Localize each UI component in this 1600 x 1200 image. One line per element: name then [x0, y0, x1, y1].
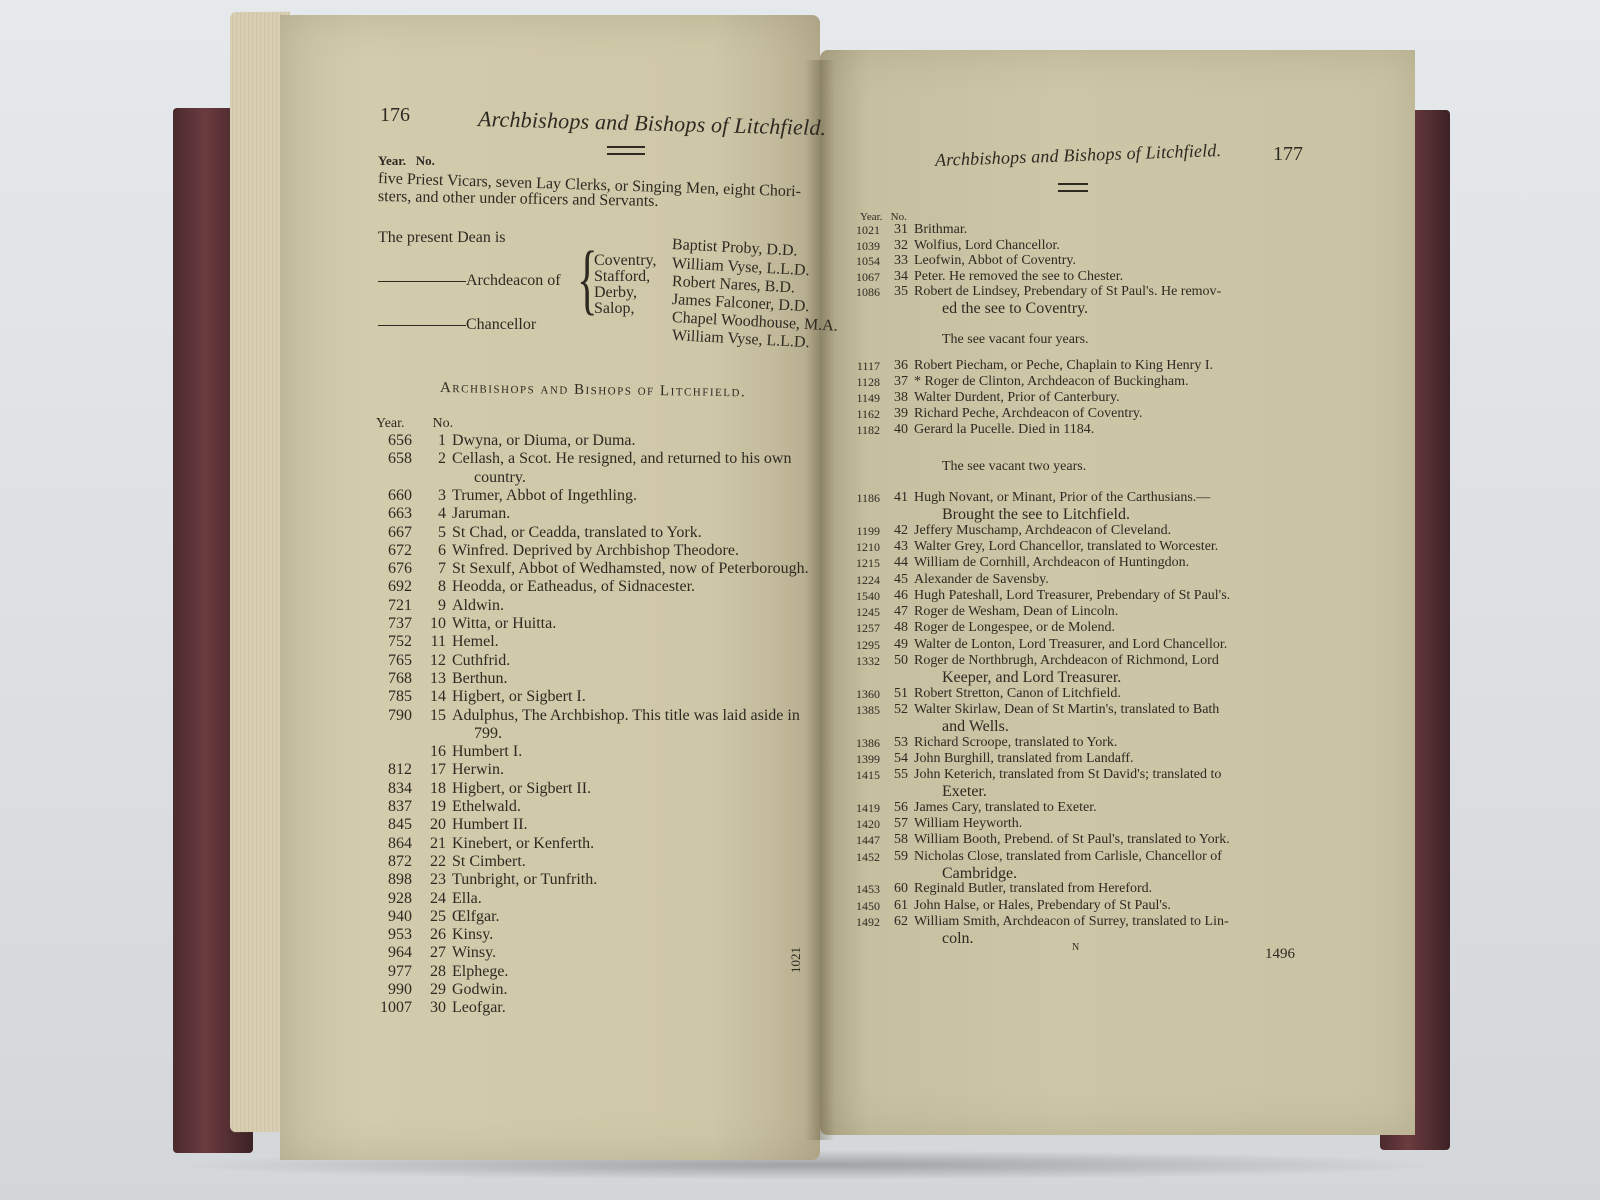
- list-item: 75211Hemel.: [370, 633, 499, 651]
- list-item: 6561Dwyna, or Diuma, or Duma.: [370, 432, 636, 450]
- number-cell: 7: [412, 560, 452, 578]
- number-cell: 51: [880, 686, 914, 702]
- year-cell: 1385: [850, 702, 880, 718]
- year-cell: 660: [370, 487, 412, 505]
- year-cell: 1452: [850, 849, 880, 865]
- year-cell: 953: [370, 926, 412, 944]
- chancellor-label: Chancellor: [466, 316, 536, 333]
- list-item: 81217Herwin.: [370, 761, 504, 779]
- year-cell: 1360: [850, 686, 880, 702]
- number-cell: 15: [412, 707, 452, 725]
- catchword: 1021: [788, 947, 804, 973]
- list-item: 97728Elphege.: [370, 963, 508, 981]
- continuation-line: and Wells.: [942, 718, 1009, 736]
- name-cell: Leofwin, Abbot of Coventry.: [914, 253, 1076, 269]
- number-cell: 50: [880, 653, 914, 669]
- year-cell: 1007: [370, 999, 412, 1017]
- year-cell: 1086: [850, 284, 880, 300]
- number-cell: 45: [880, 572, 914, 588]
- list-item: 6603Trumer, Abbot of Ingethling.: [370, 487, 637, 505]
- name-cell: Herwin.: [452, 761, 504, 779]
- year-cell: 663: [370, 505, 412, 523]
- year-cell: 1186: [850, 490, 880, 506]
- name-cell: Nicholas Close, translated from Carlisle…: [914, 849, 1222, 865]
- number-cell: 17: [412, 761, 452, 779]
- year-cell: 1067: [850, 269, 880, 285]
- number-cell: 36: [880, 358, 914, 374]
- name-cell: James Cary, translated to Exeter.: [914, 800, 1097, 816]
- list-item: 136051Robert Stretton, Canon of Litchfie…: [850, 686, 1121, 702]
- name-cell: Winsy.: [452, 944, 496, 962]
- name-cell: Humbert II.: [452, 816, 528, 834]
- name-cell: * Roger de Clinton, Archdeacon of Buckin…: [914, 374, 1189, 390]
- name-cell: Jaruman.: [452, 505, 510, 523]
- year-cell: 1215: [850, 555, 880, 571]
- list-item: 89823Tunbright, or Tunfrith.: [370, 871, 597, 889]
- name-cell: William Booth, Prebend. of St Paul's, tr…: [914, 832, 1230, 848]
- year-cell: 898: [370, 871, 412, 889]
- name-cell: Jeffery Muschamp, Archdeacon of Clevelan…: [914, 523, 1171, 539]
- year-cell: 752: [370, 633, 412, 651]
- name-cell: Peter. He removed the see to Chester.: [914, 269, 1123, 285]
- list-item: 16Humbert I.: [370, 743, 522, 761]
- number-cell: 41: [880, 490, 914, 506]
- number-cell: 46: [880, 588, 914, 604]
- name-cell: Tunbright, or Tunfrith.: [452, 871, 597, 889]
- year-cell: 837: [370, 798, 412, 816]
- year-cell: 845: [370, 816, 412, 834]
- name-cell: Elphege.: [452, 963, 508, 981]
- list-item: 102131Brithmar.: [850, 222, 967, 238]
- number-cell: 19: [412, 798, 452, 816]
- name-cell: Brithmar.: [914, 222, 967, 238]
- name-cell: Roger de Wesham, Dean of Lincoln.: [914, 604, 1118, 620]
- name-cell: St Sexulf, Abbot of Wedhamsted, now of P…: [452, 560, 809, 578]
- page-number: 176: [380, 104, 410, 127]
- list-item: 149262William Smith, Archdeacon of Surre…: [850, 914, 1229, 930]
- number-cell: 53: [880, 735, 914, 751]
- name-cell: Richard Scroope, translated to York.: [914, 735, 1117, 751]
- archdeacon-row: Archdeacon of: [378, 272, 561, 290]
- ditto-dash: [378, 325, 466, 326]
- list-item: 139954John Burghill, translated from Lan…: [850, 751, 1134, 767]
- continuation-line: coln.: [942, 930, 974, 948]
- list-item: 108635Robert de Lindsey, Prebendary of S…: [850, 284, 1221, 300]
- year-cell: 1149: [850, 390, 880, 406]
- year-cell: 940: [370, 908, 412, 926]
- year-cell: 872: [370, 853, 412, 871]
- list-item: 145259Nicholas Close, translated from Ca…: [850, 849, 1222, 865]
- name-cell: Adulphus, The Archbishop. This title was…: [452, 707, 800, 725]
- number-cell: 13: [412, 670, 452, 688]
- name-cell: Higbert, or Sigbert I.: [452, 688, 586, 706]
- name-cell: William Smith, Archdeacon of Surrey, tra…: [914, 914, 1229, 930]
- name-cell: Reginald Butler, translated from Herefor…: [914, 881, 1152, 897]
- name-cell: Leofgar.: [452, 999, 506, 1017]
- list-item: 76813Berthun.: [370, 670, 508, 688]
- year-cell: 667: [370, 524, 412, 542]
- list-item: 100730Leofgar.: [370, 999, 506, 1017]
- book-gutter: [805, 60, 835, 1140]
- list-item: 129549Walter de Lonton, Lord Treasurer, …: [850, 637, 1227, 653]
- continuation-line: Exeter.: [942, 783, 987, 801]
- year-cell: 1453: [850, 881, 880, 897]
- list-header: Year. No.: [376, 416, 453, 432]
- name-cell: John Keterich, translated from St David'…: [914, 767, 1221, 783]
- number-cell: 62: [880, 914, 914, 930]
- number-cell: 3: [412, 487, 452, 505]
- continuation-line: Keeper, and Lord Treasurer.: [942, 669, 1121, 687]
- name-cell: Robert de Lindsey, Prebendary of St Paul…: [914, 284, 1221, 300]
- no-header: No.: [433, 416, 454, 431]
- number-cell: 52: [880, 702, 914, 718]
- number-cell: 24: [412, 890, 452, 908]
- list-item: 138552Walter Skirlaw, Dean of St Martin'…: [850, 702, 1219, 718]
- number-cell: 27: [412, 944, 452, 962]
- list-item: 145360Reginald Butler, translated from H…: [850, 881, 1152, 897]
- number-cell: 10: [412, 615, 452, 633]
- year-cell: 1295: [850, 637, 880, 653]
- list-item: 7219Aldwin.: [370, 597, 504, 615]
- year-cell: [370, 743, 412, 761]
- number-cell: 6: [412, 542, 452, 560]
- archdeacon-label: Archdeacon of: [466, 272, 561, 289]
- number-cell: 30: [412, 999, 452, 1017]
- year-cell: 834: [370, 780, 412, 798]
- list-item: 6634Jaruman.: [370, 505, 510, 523]
- number-cell: 11: [412, 633, 452, 651]
- number-cell: 54: [880, 751, 914, 767]
- list-item: 103932Wolfius, Lord Chancellor.: [850, 238, 1060, 254]
- name-cell: Hugh Pateshall, Lord Treasurer, Prebenda…: [914, 588, 1230, 604]
- number-cell: 8: [412, 578, 452, 596]
- name-cell: St Chad, or Ceadda, translated to York.: [452, 524, 702, 542]
- year-cell: 1447: [850, 832, 880, 848]
- list-item: 83418Higbert, or Sigbert II.: [370, 780, 591, 798]
- page-number: 177: [1273, 143, 1303, 166]
- year-cell: 768: [370, 670, 412, 688]
- year-cell: 1415: [850, 767, 880, 783]
- year-cell: 656: [370, 432, 412, 450]
- catchword: 1496: [1265, 946, 1295, 963]
- year-cell: 1210: [850, 539, 880, 555]
- number-cell: 44: [880, 555, 914, 571]
- number-cell: 31: [880, 222, 914, 238]
- name-cell: Robert Stretton, Canon of Litchfield.: [914, 686, 1121, 702]
- name-cell: Higbert, or Sigbert II.: [452, 780, 591, 798]
- number-cell: 42: [880, 523, 914, 539]
- list-item: 118240Gerard la Pucelle. Died in 1184.: [850, 422, 1094, 438]
- number-cell: 9: [412, 597, 452, 615]
- list-item: 92824Ella.: [370, 890, 482, 908]
- ditto-dash: [378, 281, 466, 282]
- number-cell: 35: [880, 284, 914, 300]
- archdeaconry-place: Salop,: [594, 300, 634, 318]
- list-item: 79015Adulphus, The Archbishop. This titl…: [370, 707, 800, 725]
- number-cell: 48: [880, 620, 914, 636]
- number-cell: 16: [412, 743, 452, 761]
- year-cell: 1399: [850, 751, 880, 767]
- year-cell: 790: [370, 707, 412, 725]
- list-item: 87222St Cimbert.: [370, 853, 526, 871]
- name-cell: Walter Grey, Lord Chancellor, translated…: [914, 539, 1218, 555]
- number-cell: 55: [880, 767, 914, 783]
- list-item: 105433Leofwin, Abbot of Coventry.: [850, 253, 1076, 269]
- number-cell: 56: [880, 800, 914, 816]
- name-cell: Wolfius, Lord Chancellor.: [914, 238, 1060, 254]
- list-item: 142057William Heyworth.: [850, 816, 1022, 832]
- list-item: 141956James Cary, translated to Exeter.: [850, 800, 1097, 816]
- name-cell: Œlfgar.: [452, 908, 500, 926]
- name-cell: Kinsy.: [452, 926, 493, 944]
- number-cell: 2: [412, 450, 452, 468]
- year-cell: 765: [370, 652, 412, 670]
- list-item: 121544William de Cornhill, Archdeacon of…: [850, 555, 1189, 571]
- year-header: Year.: [378, 153, 406, 168]
- name-cell: Walter Skirlaw, Dean of St Martin's, tra…: [914, 702, 1219, 718]
- year-cell: 1182: [850, 422, 880, 438]
- year-cell: 1162: [850, 406, 880, 422]
- number-cell: 40: [880, 422, 914, 438]
- year-cell: 1199: [850, 523, 880, 539]
- year-cell: 1257: [850, 620, 880, 636]
- name-cell: Witta, or Huitta.: [452, 615, 556, 633]
- number-cell: 37: [880, 374, 914, 390]
- name-cell: Dwyna, or Diuma, or Duma.: [452, 432, 636, 450]
- list-item: 84520Humbert II.: [370, 816, 528, 834]
- number-cell: 1: [412, 432, 452, 450]
- year-cell: 977: [370, 963, 412, 981]
- list-item: 73710Witta, or Huitta.: [370, 615, 556, 633]
- number-cell: 29: [412, 981, 452, 999]
- number-cell: 47: [880, 604, 914, 620]
- double-rule: [607, 146, 645, 155]
- continuation-line: country.: [474, 469, 526, 487]
- name-cell: Cuthfrid.: [452, 652, 510, 670]
- no-header: No.: [416, 153, 435, 168]
- name-cell: William de Cornhill, Archdeacon of Hunti…: [914, 555, 1189, 571]
- list-item: 116239Richard Peche, Archdeacon of Coven…: [850, 406, 1142, 422]
- year-cell: 1332: [850, 653, 880, 669]
- list-item: 122445Alexander de Savensby.: [850, 572, 1049, 588]
- list-item: 114938Walter Durdent, Prior of Canterbur…: [850, 390, 1120, 406]
- name-cell: St Cimbert.: [452, 853, 526, 871]
- continuation-line: Brought the see to Litchfield.: [942, 506, 1130, 524]
- name-cell: Aldwin.: [452, 597, 504, 615]
- year-cell: 1039: [850, 238, 880, 254]
- year-cell: 812: [370, 761, 412, 779]
- number-cell: 5: [412, 524, 452, 542]
- list-item: 145061John Halse, or Hales, Prebendary o…: [850, 898, 1171, 914]
- list-item: 141555John Keterich, translated from St …: [850, 767, 1221, 783]
- number-cell: 34: [880, 269, 914, 285]
- list-item: 121043Walter Grey, Lord Chancellor, tran…: [850, 539, 1218, 555]
- continuation-line: Cambridge.: [942, 865, 1017, 883]
- year-cell: 964: [370, 944, 412, 962]
- name-cell: William Heyworth.: [914, 816, 1022, 832]
- dean-label: The present Dean is: [378, 229, 506, 247]
- year-cell: 785: [370, 688, 412, 706]
- year-cell: 737: [370, 615, 412, 633]
- list-item: 86421Kinebert, or Kenferth.: [370, 835, 594, 853]
- year-cell: 1386: [850, 735, 880, 751]
- list-item: 95326Kinsy.: [370, 926, 493, 944]
- year-cell: 1224: [850, 572, 880, 588]
- year-cell: 1128: [850, 374, 880, 390]
- list-item: 94025Œlfgar.: [370, 908, 500, 926]
- name-cell: Trumer, Abbot of Ingethling.: [452, 487, 637, 505]
- number-cell: 60: [880, 881, 914, 897]
- name-cell: Hugh Novant, or Minant, Prior of the Car…: [914, 490, 1210, 506]
- list-item: 99029Godwin.: [370, 981, 508, 999]
- list-item: 6767St Sexulf, Abbot of Wedhamsted, now …: [370, 560, 809, 578]
- number-cell: 32: [880, 238, 914, 254]
- list-item: 125748Roger de Longespee, or de Molend.: [850, 620, 1115, 636]
- number-cell: 21: [412, 835, 452, 853]
- list-item: 96427Winsy.: [370, 944, 496, 962]
- list-item: 154046Hugh Pateshall, Lord Treasurer, Pr…: [850, 588, 1230, 604]
- name-cell: Cellash, a Scot. He resigned, and return…: [452, 450, 791, 468]
- number-cell: 39: [880, 406, 914, 422]
- list-item: 111736Robert Piecham, or Peche, Chaplain…: [850, 358, 1213, 374]
- name-cell: Alexander de Savensby.: [914, 572, 1049, 588]
- vacancy-note: The see vacant two years.: [942, 459, 1086, 475]
- number-cell: 14: [412, 688, 452, 706]
- double-rule: [1058, 183, 1088, 192]
- name-cell: Hemel.: [452, 633, 499, 651]
- number-cell: 61: [880, 898, 914, 914]
- year-header: Year.: [376, 416, 405, 431]
- name-cell: Richard Peche, Archdeacon of Coventry.: [914, 406, 1142, 422]
- year-cell: 658: [370, 450, 412, 468]
- list-item: 112837* Roger de Clinton, Archdeacon of …: [850, 374, 1189, 390]
- number-cell: 26: [412, 926, 452, 944]
- chancellor-row: Chancellor: [378, 316, 536, 334]
- continuation-line: ed the see to Coventry.: [942, 300, 1088, 318]
- number-cell: 23: [412, 871, 452, 889]
- list-item: 138653Richard Scroope, translated to Yor…: [850, 735, 1117, 751]
- list-item: 118641Hugh Novant, or Minant, Prior of t…: [850, 490, 1210, 506]
- name-cell: Heodda, or Eatheadus, of Sidnacester.: [452, 578, 695, 596]
- list-item: 6726Winfred. Deprived by Archbishop Theo…: [370, 542, 739, 560]
- year-cell: 1420: [850, 816, 880, 832]
- number-cell: 33: [880, 253, 914, 269]
- number-cell: 58: [880, 832, 914, 848]
- number-cell: 57: [880, 816, 914, 832]
- continuation-line: 799.: [474, 725, 502, 743]
- year-cell: 1245: [850, 604, 880, 620]
- signature-mark: N: [1072, 942, 1079, 953]
- list-item: 133250Roger de Northbrugh, Archdeacon of…: [850, 653, 1219, 669]
- year-cell: 928: [370, 890, 412, 908]
- list-item: 6582Cellash, a Scot. He resigned, and re…: [370, 450, 791, 468]
- column-header: Year. No.: [378, 153, 435, 169]
- number-cell: 25: [412, 908, 452, 926]
- name-cell: Kinebert, or Kenferth.: [452, 835, 594, 853]
- year-cell: 990: [370, 981, 412, 999]
- name-cell: Berthun.: [452, 670, 508, 688]
- list-item: 76512Cuthfrid.: [370, 652, 510, 670]
- number-cell: 4: [412, 505, 452, 523]
- year-cell: 1540: [850, 588, 880, 604]
- name-cell: Ella.: [452, 890, 482, 908]
- number-cell: 12: [412, 652, 452, 670]
- number-cell: 43: [880, 539, 914, 555]
- year-cell: 1450: [850, 898, 880, 914]
- year-cell: 721: [370, 597, 412, 615]
- name-cell: Winfred. Deprived by Archbishop Theodore…: [452, 542, 739, 560]
- year-cell: 692: [370, 578, 412, 596]
- year-cell: 1054: [850, 253, 880, 269]
- list-item: 6675St Chad, or Ceadda, translated to Yo…: [370, 524, 702, 542]
- year-cell: 1492: [850, 914, 880, 930]
- list-item: 124547Roger de Wesham, Dean of Lincoln.: [850, 604, 1118, 620]
- name-cell: John Halse, or Hales, Prebendary of St P…: [914, 898, 1171, 914]
- year-cell: 864: [370, 835, 412, 853]
- name-cell: Robert Piecham, or Peche, Chaplain to Ki…: [914, 358, 1213, 374]
- name-cell: Roger de Northbrugh, Archdeacon of Richm…: [914, 653, 1219, 669]
- number-cell: 22: [412, 853, 452, 871]
- list-item: 144758William Booth, Prebend. of St Paul…: [850, 832, 1230, 848]
- list-item: 83719Ethelwald.: [370, 798, 521, 816]
- year-cell: 676: [370, 560, 412, 578]
- name-cell: Ethelwald.: [452, 798, 521, 816]
- year-cell: 1419: [850, 800, 880, 816]
- name-cell: Walter de Lonton, Lord Treasurer, and Lo…: [914, 637, 1227, 653]
- number-cell: 59: [880, 849, 914, 865]
- vacancy-note: The see vacant four years.: [942, 332, 1089, 348]
- list-item: 119942Jeffery Muschamp, Archdeacon of Cl…: [850, 523, 1171, 539]
- number-cell: 20: [412, 816, 452, 834]
- list-item: 78514Higbert, or Sigbert I.: [370, 688, 586, 706]
- number-cell: 49: [880, 637, 914, 653]
- name-cell: Godwin.: [452, 981, 508, 999]
- number-cell: 38: [880, 390, 914, 406]
- name-cell: Humbert I.: [452, 743, 522, 761]
- year-cell: 1021: [850, 222, 880, 238]
- year-cell: 1117: [850, 358, 880, 374]
- name-cell: Roger de Longespee, or de Molend.: [914, 620, 1115, 636]
- number-cell: 28: [412, 963, 452, 981]
- list-item: 6928Heodda, or Eatheadus, of Sidnacester…: [370, 578, 695, 596]
- name-cell: John Burghill, translated from Landaff.: [914, 751, 1134, 767]
- name-cell: Gerard la Pucelle. Died in 1184.: [914, 422, 1094, 438]
- number-cell: 18: [412, 780, 452, 798]
- year-cell: 672: [370, 542, 412, 560]
- list-item: 106734Peter. He removed the see to Chest…: [850, 269, 1123, 285]
- name-cell: Walter Durdent, Prior of Canterbury.: [914, 390, 1120, 406]
